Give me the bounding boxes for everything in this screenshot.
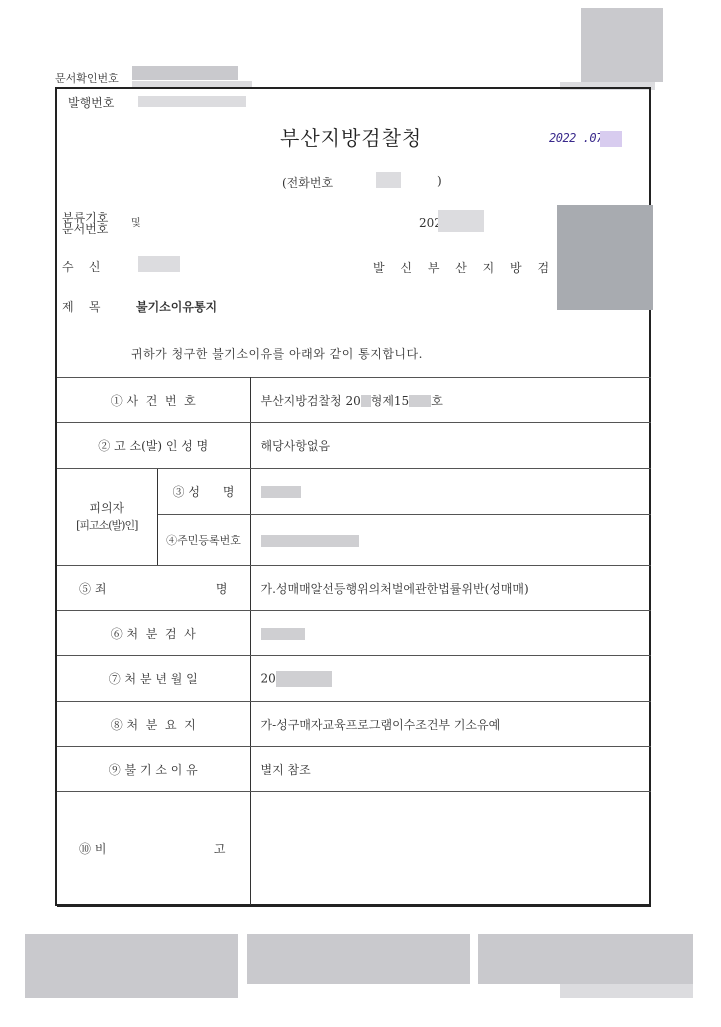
phone-close: ) [437,174,442,188]
row-label: ⑩ 비고 [57,792,250,906]
classification-label-line2: 문서번호 [62,224,108,235]
row-value [250,515,651,566]
redacted-recipient [138,256,180,272]
redacted-confirm-number [132,66,238,80]
table-row-suspect-name: 피의자 [피고소(발)인] ③ 성 명 [57,469,651,515]
issue-number-label: 발행번호 [68,94,114,111]
row-label: ⑤ 죄명 [57,566,250,611]
confirm-number-label: 문서확인번호 [55,70,119,86]
row-value [250,469,651,515]
row-value [250,611,651,656]
redacted-block-top-right [581,8,663,82]
row-value-case-number: 부산지방검찰청 20형제15호 [250,378,651,423]
table-row-charge: ⑤ 죄명 가.성매매알선등행위의처벌에관한법률위반(성매매) [57,566,651,611]
redacted-resident-number [261,535,359,547]
table-row-case-number: ① 사 건 번 호 부산지방검찰청 20형제15호 [57,378,651,423]
subject-label: 제 목 [62,298,100,315]
row-label: ⑧ 처 분 요 지 [57,702,250,747]
row-label: ⑦ 처 분 년 월 일 [57,656,250,702]
suspect-group-label: 피의자 [피고소(발)인] [57,469,157,566]
table-row-non-indictment-reason: ⑨ 불 기 소 이 유 별지 참조 [57,747,651,792]
redacted [409,395,431,407]
row-label: ⑥ 처 분 검 사 [57,611,250,656]
table-row-prosecutor: ⑥ 처 분 검 사 [57,611,651,656]
row-value: 가.성매매알선등행위의처벌에관한법률위반(성매매) [250,566,651,611]
table-row-complainant: ② 고 소(발) 인 성 명 해당사항없음 [57,423,651,469]
agency-title: 부산지방검찰청 [280,122,422,151]
redacted-doc-date [438,210,484,232]
phone-label: (전화번호 [282,174,333,191]
redacted-name [261,486,301,498]
row-value: 별지 참조 [250,747,651,792]
redacted-stamp-day [600,131,622,147]
row-value: 20 [250,656,651,702]
intro-text: 귀하가 청구한 불기소이유를 아래와 같이 통지합니다. [131,345,423,362]
redacted-official-seal [557,205,653,310]
redacted-footer-1 [25,934,238,998]
redacted-phone [376,172,401,188]
classification-label: 분류기호 문서번호 [62,213,108,235]
redacted-date [276,671,332,687]
redacted-issue-number [138,96,246,107]
row-label: ④주민등록번호 [157,515,250,566]
notice-table: ① 사 건 번 호 부산지방검찰청 20형제15호 ② 고 소(발) 인 성 명… [57,377,651,907]
table-row-disposition-summary: ⑧ 처 분 요 지 가-성구매자교육프로그램이수조건부 기소유예 [57,702,651,747]
row-label: ⑨ 불 기 소 이 유 [57,747,250,792]
row-value: 가-성구매자교육프로그램이수조건부 기소유예 [250,702,651,747]
row-value: 해당사항없음 [250,423,651,469]
classification-and: 및 [131,214,141,229]
redacted-footer-2 [247,934,470,984]
row-label: ② 고 소(발) 인 성 명 [57,423,250,469]
subject-value: 불기소이유통지 [136,298,217,315]
table-row-disposition-date: ⑦ 처 분 년 월 일 20 [57,656,651,702]
row-label: ① 사 건 번 호 [57,378,250,423]
row-label: ③ 성 명 [157,469,250,515]
redacted-footer-3b [560,984,693,998]
sender-text: 발 신 부 산 지 방 검 찰 [373,259,582,276]
row-value [250,792,651,906]
recipient-label: 수 신 [62,258,122,275]
table-row-remarks: ⑩ 비고 [57,792,651,906]
redacted-footer-3 [478,934,693,984]
redacted-prosecutor [261,628,305,640]
redacted [361,395,371,407]
